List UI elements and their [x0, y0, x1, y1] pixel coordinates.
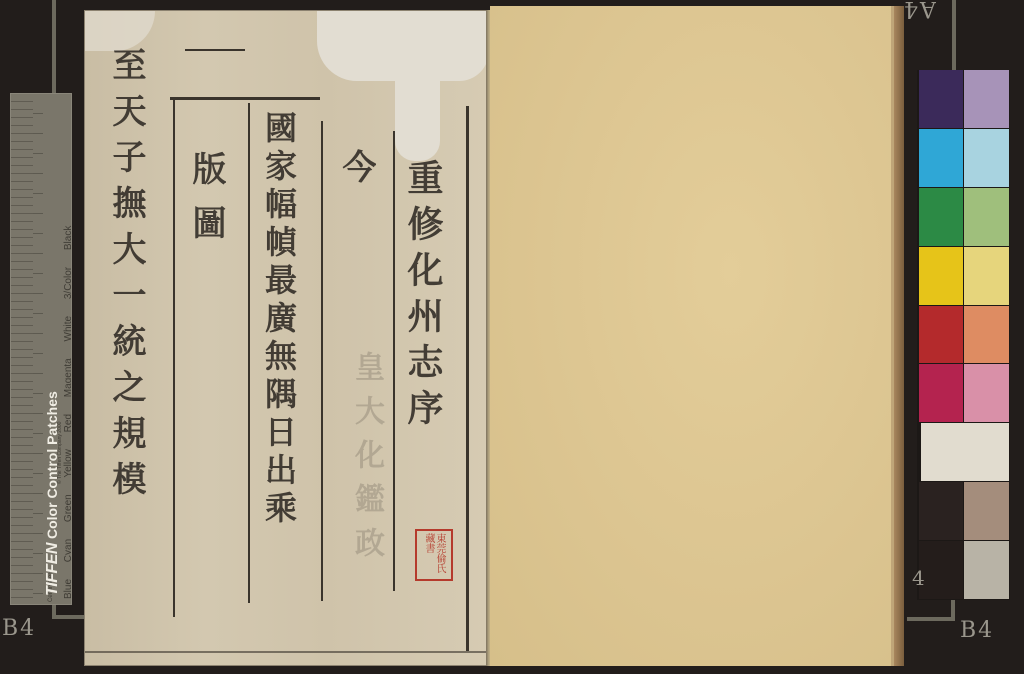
color-patch-7-left: [919, 482, 964, 541]
ruler-color-names: Blue Cyan Green Yellow Red Magenta White…: [63, 226, 72, 599]
column-rule-1: [173, 97, 175, 617]
text-column-title: 重修化州志序: [405, 159, 441, 435]
column-rule-4: [393, 131, 395, 591]
guide-line-left: [52, 0, 56, 95]
column-rule-3: [321, 121, 323, 601]
column-rule-5: [466, 106, 469, 651]
color-patch-7-right: [964, 482, 1010, 541]
color-patch-3-left: [919, 247, 964, 306]
ruler-cm-ticks: [11, 94, 33, 604]
ruler-color-red: Red: [63, 414, 72, 432]
color-patch-2-right: [964, 188, 1010, 247]
book-page-right-blank: [490, 6, 894, 666]
ruler-color-3color: 3/Color: [63, 267, 72, 299]
color-patch-4-right: [964, 306, 1010, 365]
ruler-inch-ticks: [33, 94, 43, 604]
frame-top-rule: [170, 97, 320, 100]
tiffen-logo: TIFFEN: [44, 543, 61, 596]
text-column-2: 今: [339, 149, 373, 193]
color-patch-0-right: [964, 70, 1010, 129]
ruler-color-white: White: [63, 316, 72, 342]
ruler-color-yellow: Yellow: [63, 449, 72, 478]
color-patch-2-left: [919, 188, 964, 247]
ruler-color-green: Green: [63, 494, 72, 522]
paper-tear-corner: [85, 11, 155, 51]
text-column-3: 國家幅幀最廣無隅日出乘: [263, 111, 295, 529]
ruler-color-black: Black: [63, 226, 72, 250]
color-patch-6-full: [921, 423, 1010, 482]
color-patch-1-left: [919, 129, 964, 188]
text-column-4: 版圖: [189, 151, 223, 259]
tiffen-ruler: Centimeters TIFFENColor Control Patches …: [10, 93, 72, 605]
color-patch-1-right: [964, 129, 1010, 188]
book-page-edge: [894, 6, 904, 666]
book-page-left: 重修化州志序 今 國家幅幀最廣無隅日出乘 版圖 至天子撫大一統之規模 皇大化鑑政…: [84, 10, 488, 666]
collector-seal: 東莞倫氏藏書: [415, 529, 453, 581]
bleed-through-text: 皇大化鑑政: [351, 351, 381, 571]
grid-label-bottom-right: B4: [960, 618, 994, 643]
color-control-chart: [917, 70, 1010, 600]
frame-upper-rule: [185, 49, 245, 51]
ruler-color-magenta: Magenta: [63, 358, 72, 397]
grid-label-bottom-left: B4: [2, 616, 36, 641]
frame-bottom-rule: [85, 651, 488, 653]
guide-line-bottom-right: [907, 617, 955, 621]
grid-label-top-right: A4: [902, 0, 936, 21]
color-patch-0-left: [919, 70, 964, 129]
chart-corner-label: 4: [912, 566, 927, 590]
color-patch-3-right: [964, 247, 1010, 306]
text-column-5: 至天子撫大一統之規模: [109, 47, 143, 507]
paper-tear-notch: [395, 71, 440, 161]
column-rule-2: [248, 103, 250, 603]
color-patch-4-left: [919, 306, 964, 365]
color-patch-5-right: [964, 364, 1010, 423]
guide-line-right: [952, 0, 956, 70]
ruler-color-cyan: Cyan: [63, 539, 72, 562]
color-patch-5-left: [919, 364, 964, 423]
ruler-color-blue: Blue: [63, 579, 72, 599]
color-patch-8-right: [964, 541, 1010, 600]
guide-line-bottom-right-v: [951, 598, 955, 621]
guide-line-bottom-left: [52, 615, 84, 619]
